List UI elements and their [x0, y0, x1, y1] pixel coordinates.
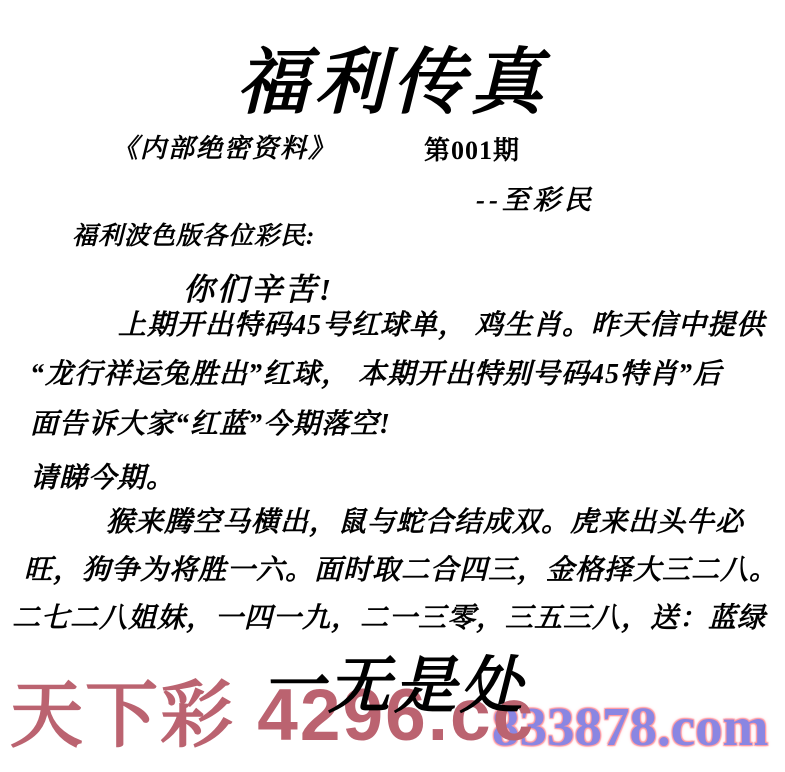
- body-line-6: 旺，狗争为将胜一六。面时取二合四三，金格择大三二八。: [24, 548, 778, 588]
- issue-number: 第001期: [424, 130, 520, 167]
- page-title: 福利传真: [0, 24, 785, 128]
- body-line-1: 上期开出特码45号红球单， 鸡生肖。昨天信中提供: [118, 303, 765, 343]
- calligraphy-stamp-phrase: 一无是处: [262, 636, 526, 725]
- byline-to-bettors: --至彩民: [476, 178, 595, 217]
- fax-flyer-page: 福利传真 《内部绝密资料》 第001期 --至彩民 福利波色版各位彩民: 你们辛…: [0, 0, 785, 772]
- body-line-4: 请睇今期。: [30, 456, 175, 496]
- body-line-2: “龙行祥运兔胜出”红球， 本期开出特别号码45特肖”后: [30, 352, 722, 392]
- body-line-5: 猴来腾空马横出，鼠与蛇合结成双。虎来出头牛必: [106, 500, 744, 540]
- body-line-3: 面告诉大家“红蓝”今期落空!: [30, 402, 391, 442]
- body-line-7: 二七二八姐妹，一四一九，二一三零，三五三八，送：蓝绿: [12, 596, 766, 636]
- source-label: 《内部绝密资料》: [112, 128, 336, 165]
- footer-brand-name: 天下彩: [10, 675, 235, 756]
- letter-salutation: 福利波色版各位彩民:: [72, 216, 315, 252]
